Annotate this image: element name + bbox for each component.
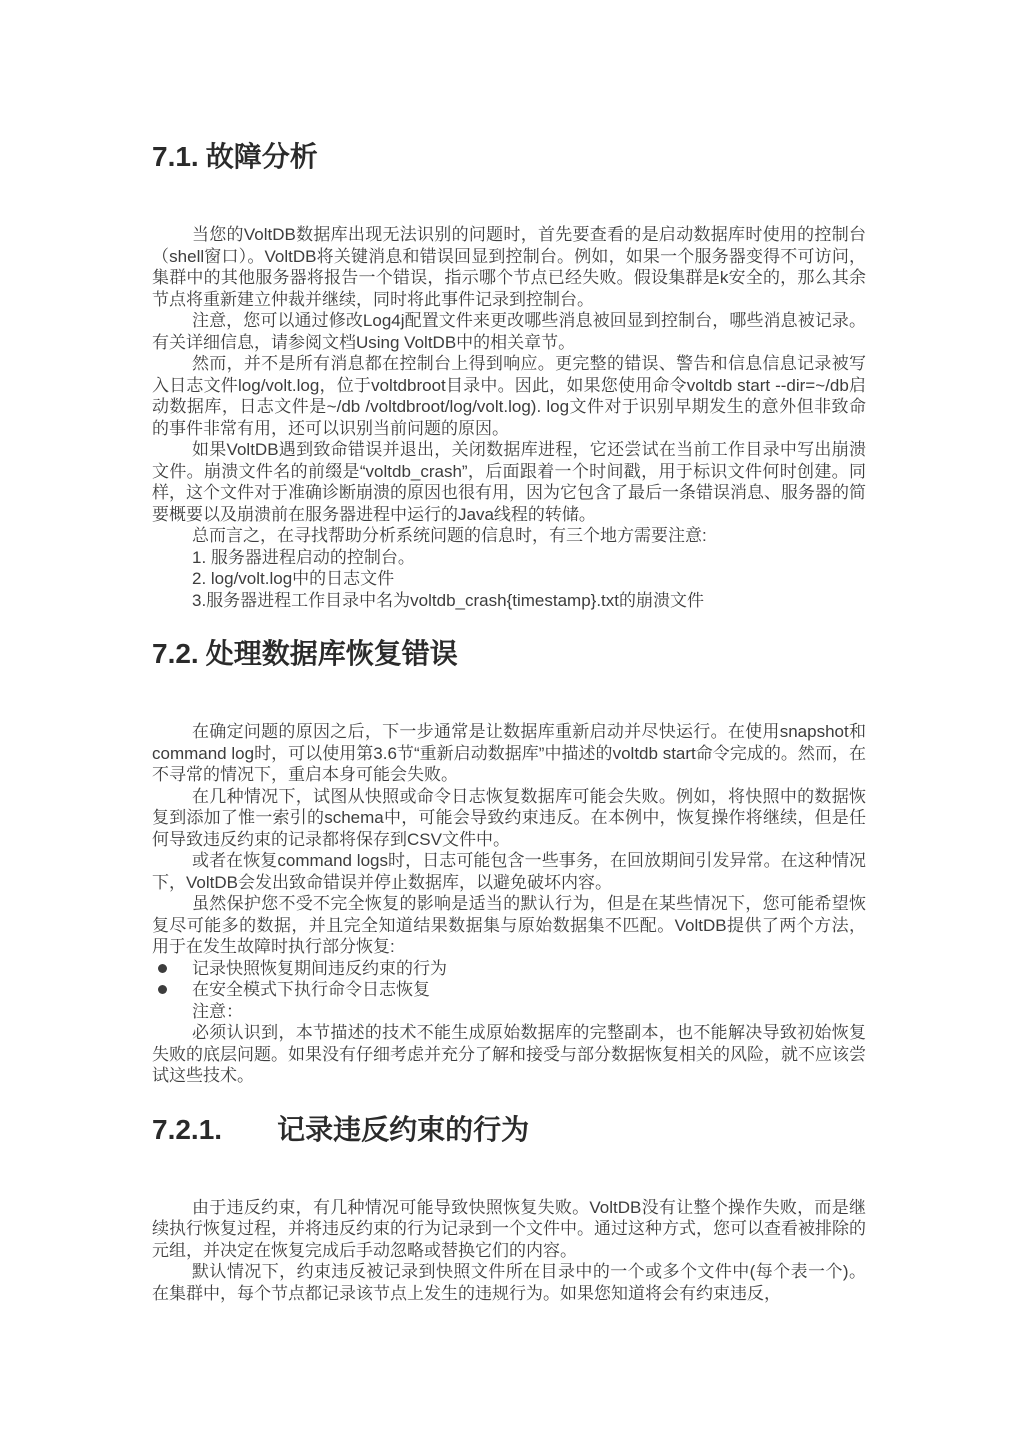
bullet-item: 在安全模式下执行命令日志恢复 xyxy=(152,979,866,1001)
paragraph: 注意，您可以通过修改Log4j配置文件来更改哪些消息被回显到控制台，哪些消息被记… xyxy=(152,310,866,353)
document-page: 7.1.故障分析当您的VoltDB数据库出现无法识别的问题时，首先要查看的是启动… xyxy=(0,0,1019,1304)
section: 7.2.处理数据库恢复错误在确定问题的原因之后，下一步通常是让数据库重新启动并尽… xyxy=(152,637,866,1087)
paragraph: 当您的VoltDB数据库出现无法识别的问题时，首先要查看的是启动数据库时使用的控… xyxy=(152,224,866,310)
paragraph: 必须认识到，本节描述的技术不能生成原始数据库的完整副本，也不能解决导致初始恢复失… xyxy=(152,1022,866,1087)
paragraph: 然而，并不是所有消息都在控制台上得到响应。更完整的错误、警告和信息信息记录被写入… xyxy=(152,353,866,439)
heading-title: 处理数据库恢复错误 xyxy=(206,638,458,669)
bullet-icon xyxy=(158,985,167,994)
paragraph: 由于违反约束，有几种情况可能导致快照恢复失败。VoltDB没有让整个操作失败，而… xyxy=(152,1197,866,1262)
list-line: 2. log/volt.log中的日志文件 xyxy=(152,568,866,590)
heading-title: 故障分析 xyxy=(206,141,318,172)
heading-number: 7.1. xyxy=(152,141,199,172)
paragraph: 在确定问题的原因之后，下一步通常是让数据库重新启动并尽快运行。在使用snapsh… xyxy=(152,721,866,786)
paragraph: 虽然保护您不受不完全恢复的影响是适当的默认行为，但是在某些情况下，您可能希望恢复… xyxy=(152,893,866,958)
section: 7.1.故障分析当您的VoltDB数据库出现无法识别的问题时，首先要查看的是启动… xyxy=(152,140,866,611)
paragraph: 默认情况下，约束违反被记录到快照文件所在目录中的一个或多个文件中(每个表一个)。… xyxy=(152,1261,866,1304)
note-label: 注意： xyxy=(152,1001,866,1023)
heading-number: 7.2. xyxy=(152,638,199,669)
list-line: 3.服务器进程工作目录中名为voltdb_crash{timestamp}.tx… xyxy=(152,590,866,612)
paragraph: 总而言之，在寻找帮助分析系统问题的信息时，有三个地方需要注意: xyxy=(152,525,866,547)
section-heading: 7.2.处理数据库恢复错误 xyxy=(152,637,866,671)
bullet-text: 记录快照恢复期间违反约束的行为 xyxy=(192,959,447,978)
paragraph: 或者在恢复command logs时，日志可能包含一些事务，在回放期间引发异常。… xyxy=(152,850,866,893)
section-heading: 7.2.1.记录违反约束的行为 xyxy=(152,1113,866,1147)
heading-title: 记录违反约束的行为 xyxy=(277,1114,529,1145)
paragraph: 在几种情况下，试图从快照或命令日志恢复数据库可能会失败。例如，将快照中的数据恢复… xyxy=(152,786,866,851)
bullet-icon xyxy=(158,964,167,973)
section-heading: 7.1.故障分析 xyxy=(152,140,866,174)
bullet-text: 在安全模式下执行命令日志恢复 xyxy=(192,980,430,999)
section: 7.2.1.记录违反约束的行为由于违反约束，有几种情况可能导致快照恢复失败。Vo… xyxy=(152,1113,866,1305)
heading-number: 7.2.1. xyxy=(152,1114,222,1145)
bullet-item: 记录快照恢复期间违反约束的行为 xyxy=(152,958,866,980)
paragraph: 如果VoltDB遇到致命错误并退出，关闭数据库进程，它还尝试在当前工作目录中写出… xyxy=(152,439,866,525)
list-line: 1. 服务器进程启动的控制台。 xyxy=(152,547,866,569)
